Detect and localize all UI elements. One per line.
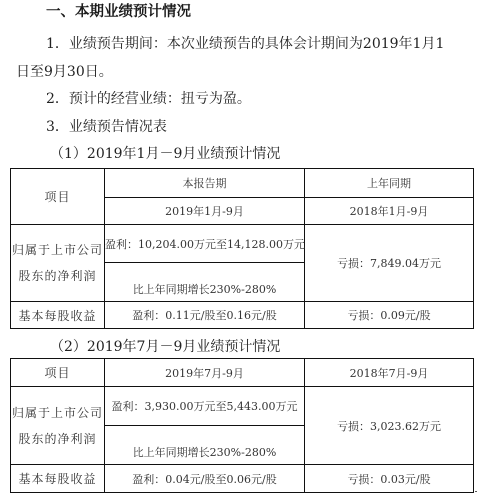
row-label-net-profit: 归属于上市公司 股东的净利润 — [11, 387, 105, 465]
eps-current: 盈利：0.11元/股至0.16元/股 — [105, 302, 305, 329]
header-current-range: 2019年7月-9月 — [105, 359, 305, 387]
net-profit-growth: 比上年同期增长230%-280% — [105, 426, 305, 465]
forecast-table-jan-sep: 项目 本报告期 上年同期 2019年1月-9月 2018年1月-9月 归属于上市… — [10, 168, 474, 329]
net-profit-prior: 亏损：3,023.62万元 — [305, 387, 474, 465]
eps-prior: 亏损：0.03元/股 — [305, 465, 474, 493]
table1-caption: （1）2019年1月－9月业绩预计情况 — [50, 144, 280, 164]
header-current-range: 2019年1月-9月 — [105, 198, 305, 225]
net-profit-prior: 亏损：7,849.04万元 — [305, 225, 474, 302]
header-item: 项目 — [11, 359, 105, 387]
paragraph-period-line2: 日至9月30日。 — [16, 62, 113, 82]
net-profit-current: 盈利：3,930.00万元至5,443.00万元 — [105, 387, 305, 426]
paragraph-expected-performance: 2．预计的经营业绩：扭亏为盈。 — [46, 89, 251, 109]
row-label-eps: 基本每股收益 — [11, 465, 105, 493]
forecast-table-jul-sep: 项目 2019年7月-9月 2018年7月-9月 归属于上市公司 股东的净利润 … — [10, 358, 474, 493]
header-prior-range: 2018年1月-9月 — [305, 198, 474, 225]
table2-caption: （2）2019年7月－9月业绩预计情况 — [50, 337, 280, 357]
eps-current: 盈利：0.04元/股至0.06元/股 — [105, 465, 305, 493]
row-label-eps: 基本每股收益 — [11, 302, 105, 329]
net-profit-growth: 比上年同期增长230%-280% — [105, 263, 305, 302]
paragraph-period-line1: 1．业绩预告期间：本次业绩预告的具体会计期间为2019年1月1 — [46, 34, 444, 54]
header-prior-range: 2018年7月-9月 — [305, 359, 474, 387]
net-profit-current: 盈利：10,204.00万元至14,128.00万元 — [105, 225, 305, 263]
section-title: 一、本期业绩预计情况 — [46, 2, 191, 22]
row-label-net-profit: 归属于上市公司 股东的净利润 — [11, 225, 105, 302]
paragraph-table-intro: 3．业绩预告情况表 — [46, 117, 167, 137]
trailing-mark — [475, 491, 477, 492]
header-prior-period: 上年同期 — [305, 169, 474, 198]
eps-prior: 亏损：0.09元/股 — [305, 302, 474, 329]
header-item: 项目 — [11, 169, 105, 225]
header-current-period: 本报告期 — [105, 169, 305, 198]
